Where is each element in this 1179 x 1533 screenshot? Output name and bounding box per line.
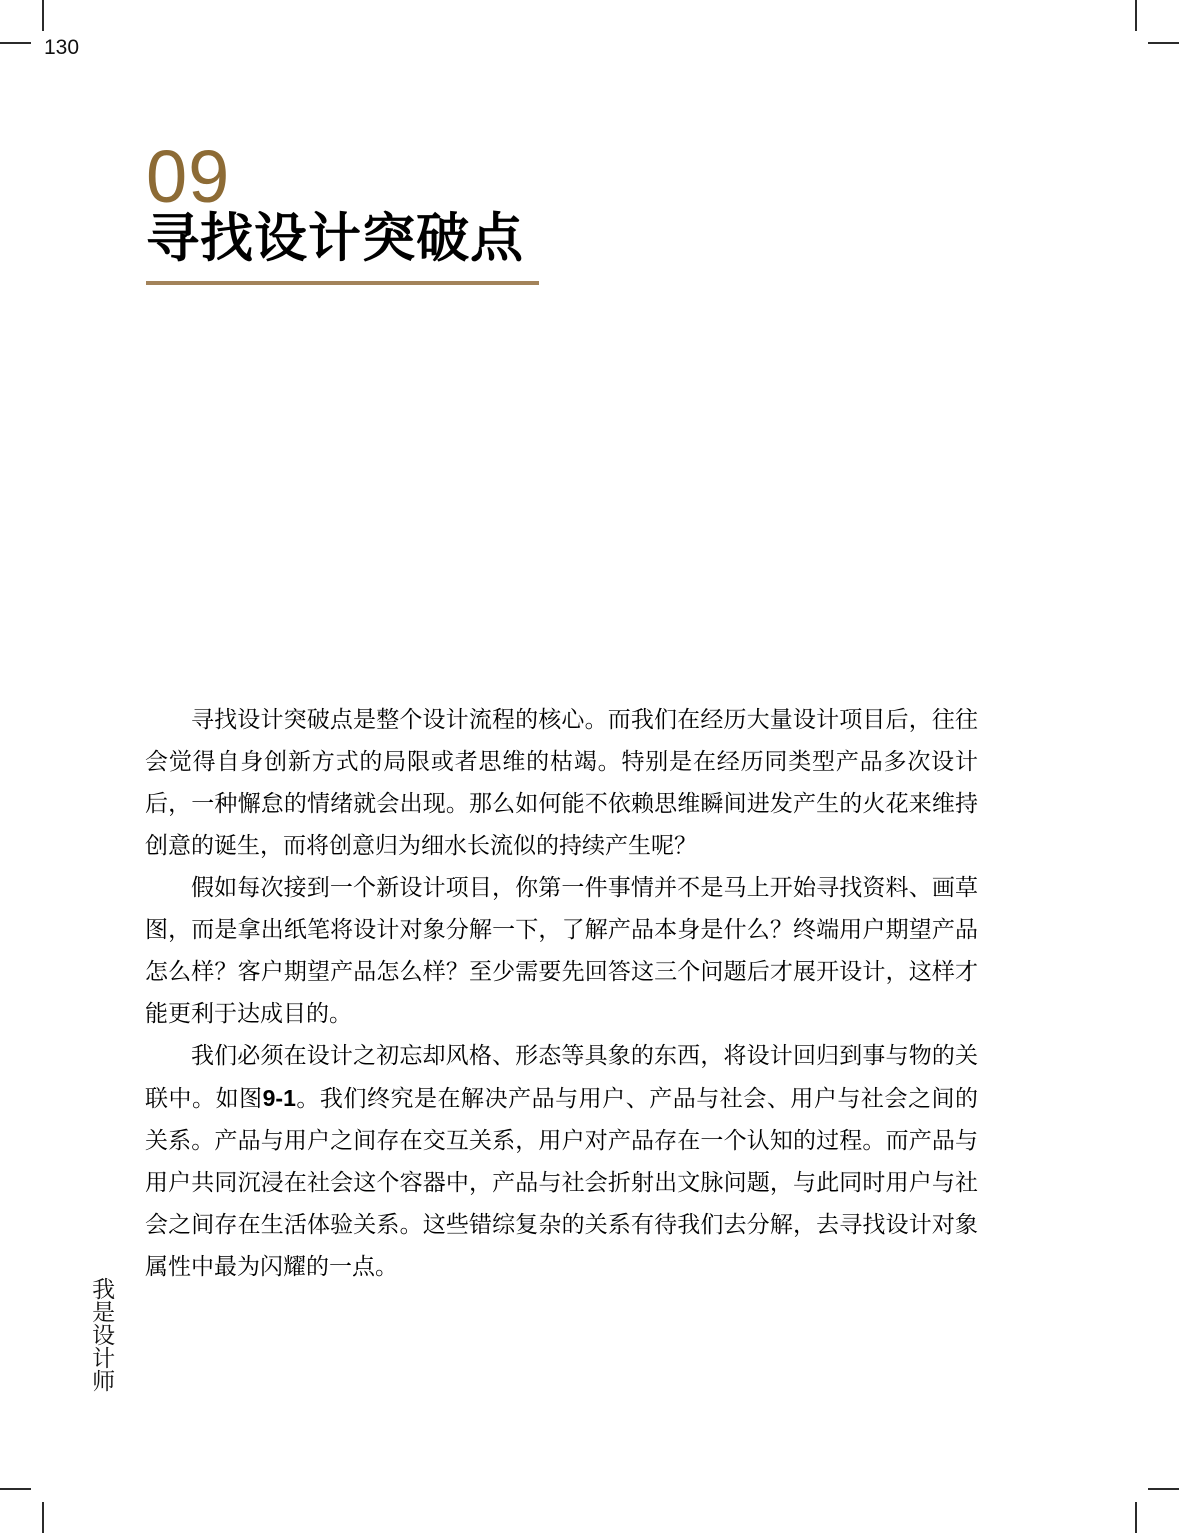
chapter-number: 09	[146, 140, 230, 214]
figure-reference: 9-1	[263, 1085, 296, 1111]
body-text: 寻找设计突破点是整个设计流程的核心。而我们在经历大量设计项目后，往往会觉得自身创…	[145, 699, 978, 1288]
paragraph-3: 我们必须在设计之初忘却风格、形态等具象的东西，将设计回归到事与物的关联中。如图9…	[145, 1035, 978, 1288]
page-number: 130	[44, 36, 79, 59]
crop-mark-bottom-right-vertical	[1135, 1502, 1137, 1533]
paragraph-3-post: 。我们终究是在解决产品与用户、产品与社会、用户与社会之间的关系。产品与用户之间存…	[145, 1086, 978, 1279]
crop-mark-top-right-vertical	[1135, 0, 1137, 31]
book-title-vertical: 我是设计师	[90, 1277, 114, 1392]
chapter-title: 寻找设计突破点	[146, 206, 524, 272]
crop-mark-top-right-horizontal	[1148, 42, 1179, 44]
chapter-title-underline	[146, 281, 539, 285]
paragraph-2: 假如每次接到一个新设计项目，你第一件事情并不是马上开始寻找资料、画草图，而是拿出…	[145, 867, 978, 1035]
crop-mark-top-left-vertical	[42, 0, 44, 31]
crop-mark-top-left-horizontal	[0, 42, 31, 44]
paragraph-1: 寻找设计突破点是整个设计流程的核心。而我们在经历大量设计项目后，往往会觉得自身创…	[145, 699, 978, 867]
crop-mark-bottom-left-horizontal	[0, 1488, 31, 1490]
crop-mark-bottom-right-horizontal	[1148, 1488, 1179, 1490]
book-page: 130 09 寻找设计突破点 寻找设计突破点是整个设计流程的核心。而我们在经历大…	[0, 0, 1179, 1533]
crop-mark-bottom-left-vertical	[42, 1502, 44, 1533]
